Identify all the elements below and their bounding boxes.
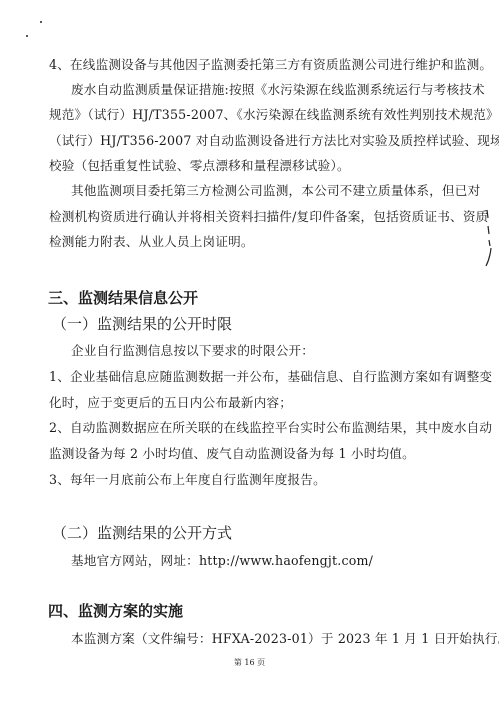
- list-item-1: 1、企业基础信息应随监测数据一并公布，基础信息、自行监测方案如有调整变: [49, 366, 492, 385]
- section-heading-4: 四、监测方案的实施: [48, 600, 183, 621]
- scan-mark-icon: [485, 208, 493, 268]
- subsection-heading-2: （二）监测结果的公开方式: [52, 522, 232, 543]
- paragraph-item-4: 4、在线监测设备与其他因子监测委托第三方有资质监测公司进行维护和监测。: [49, 54, 492, 73]
- scan-dot: [40, 21, 42, 23]
- website-line: 基地官方网站，网址：http://www.haofengjt.com/: [71, 550, 373, 569]
- page-number: 第 16 页: [0, 657, 499, 668]
- list-item-3: 3、每年一月底前公布上年度自行监测年度报告。: [49, 469, 326, 488]
- website-label: 基地官方网站，网址：: [71, 553, 199, 568]
- paragraph-qa-line: 校验（包括重复性试验、零点漂移和量程漂移试验）。: [49, 155, 350, 174]
- website-link[interactable]: http://www.haofengjt.com/: [199, 553, 373, 568]
- paragraph-qa-line: （试行）HJ/T356-2007 对自动监测设备进行方法比对实验及质控样试验、现…: [49, 130, 499, 149]
- scan-dot: [26, 35, 28, 37]
- section-heading-3: 三、监测结果信息公开: [48, 287, 198, 308]
- paragraph-intro: 企业自行监测信息按以下要求的时限公开：: [71, 340, 314, 359]
- paragraph-other-line: 其他监测项目委托第三方检测公司监测，本公司不建立质量体系，但已对: [71, 180, 480, 199]
- list-item-2: 2、自动监测数据应在所关联的在线监控平台实时公布监测结果，其中废水自动: [49, 417, 492, 436]
- paragraph-implementation: 本监测方案（文件编号：HFXA-2023-01）于 2023 年 1 月 1 日…: [71, 628, 499, 647]
- list-item-1-cont: 化时，应于变更后的五日内公布最新内容；: [49, 392, 292, 411]
- subsection-heading-1: （一）监测结果的公开时限: [52, 313, 232, 334]
- paragraph-qa-line: 规范》（试行）HJ/T355-2007、《水污染源在线监测系统有效性判别技术规范…: [49, 104, 499, 123]
- list-item-2-cont: 监测设备为每 2 小时均值、废气自动监测设备为每 1 小时均值。: [49, 443, 415, 462]
- paragraph-qa-line: 废水自动监测质量保证措施:按照《水污染源在线监测系统运行与考核技术: [71, 79, 485, 98]
- paragraph-other-line: 检测能力附表、从业人员上岗证明。: [49, 231, 254, 250]
- paragraph-other-line: 检测机构资质进行确认并将相关资料扫描件/复印件备案，包括资质证书、资质: [49, 206, 488, 225]
